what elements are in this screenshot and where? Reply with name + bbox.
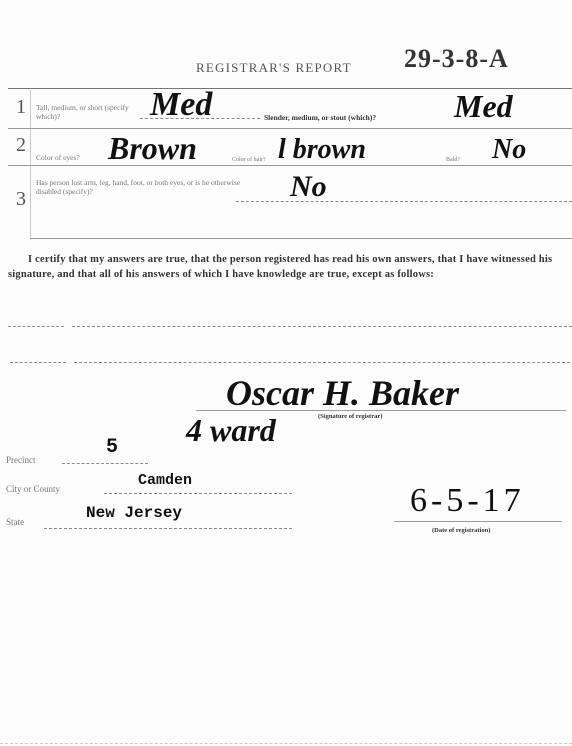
row-2-divider (8, 165, 572, 166)
height-answer-line (140, 118, 260, 119)
city-label: City or County (6, 484, 60, 494)
serial-number: 29-3-8-A (404, 44, 509, 74)
signature-caption: (Signature of registrar) (318, 413, 382, 420)
precinct-value: 5 (106, 436, 118, 459)
precinct-line (62, 463, 148, 464)
date-caption: (Date of registration) (432, 527, 490, 534)
state-label: State (6, 517, 24, 527)
hair-answer: l brown (278, 134, 366, 166)
disability-answer-line (236, 201, 572, 202)
row-number-3: 3 (16, 188, 26, 211)
certification-text: I certify that my answers are true, that… (8, 252, 568, 282)
date-line (394, 521, 562, 522)
row-number-1: 1 (16, 96, 26, 119)
ward-note: 4 ward (186, 412, 276, 449)
bottom-edge (0, 743, 572, 744)
precinct-label: Precinct (6, 455, 36, 465)
state-value: New Jersey (86, 504, 182, 522)
row-number-2: 2 (16, 134, 26, 157)
exception-line-1b (72, 326, 572, 327)
disability-answer: No (290, 170, 327, 204)
exception-line-1 (8, 326, 64, 327)
registrar-signature: Oscar H. Baker (226, 372, 459, 414)
state-line (44, 528, 292, 529)
city-value: Camden (138, 472, 192, 489)
eyes-label: Color of eyes? (36, 153, 80, 162)
report-title: REGISTRAR'S REPORT (196, 60, 352, 76)
exception-line-2b (74, 362, 570, 363)
bald-answer: No (492, 134, 526, 166)
disability-label: Has person lost arm, leg, hand, foot, or… (36, 178, 266, 196)
exception-line-2 (10, 362, 66, 363)
build-label: Slender, medium, or stout (which)? (264, 113, 376, 122)
eyes-answer: Brown (108, 130, 197, 167)
hair-label: Color of hair? (232, 156, 266, 165)
build-answer: Med (454, 88, 513, 125)
row-3-divider (30, 238, 572, 239)
row-1-divider (8, 128, 572, 129)
height-label: Tall, medium, or short (specify which)? (36, 103, 146, 121)
registration-date: 6-5-17 (410, 482, 525, 520)
bald-label: Bald? (446, 156, 460, 165)
city-line (104, 493, 292, 494)
signature-line (196, 410, 566, 411)
